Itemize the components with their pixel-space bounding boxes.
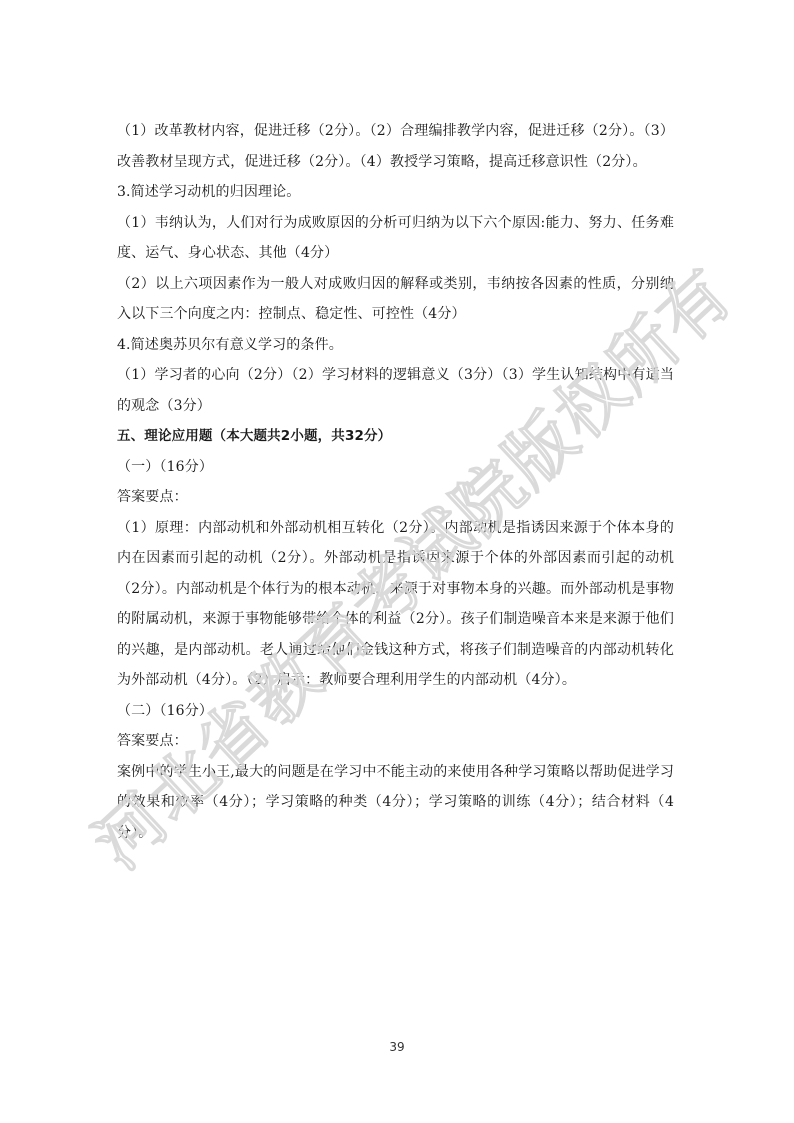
question-3-answer-2: （2）以上六项因素作为一般人对成败归因的解释或类别，韦纳按各因素的性质，分别纳入… bbox=[117, 269, 674, 330]
case-1-answer: （1）原理：内部动机和外部动机相互转化（2分）。内部动机是指诱因来源于个体本身的… bbox=[117, 513, 674, 696]
case-2-answer: 案例中的学生小王,最大的问题是在学习中不能主动的来使用各种学习策略以帮助促进学习… bbox=[117, 757, 674, 849]
case-2-title: （二）（16分） bbox=[117, 696, 674, 727]
answer-transfer-methods: （1）改革教材内容，促进迁移（2分）。（2）合理编排教学内容，促进迁移（2分）。… bbox=[117, 116, 674, 177]
case-2-answer-label: 答案要点： bbox=[117, 726, 674, 757]
page-number: 39 bbox=[0, 1040, 794, 1054]
question-4: 4.简述奥苏贝尔有意义学习的条件。 bbox=[117, 330, 674, 361]
question-4-answer: （1）学习者的心向（2分）（2）学习材料的逻辑意义（3分）（3）学生认知结构中有… bbox=[117, 360, 674, 421]
case-1-answer-label: 答案要点： bbox=[117, 482, 674, 513]
section-5-heading: 五、理论应用题（本大题共2小题，共32分） bbox=[117, 421, 674, 452]
case-1-title: （一）（16分） bbox=[117, 452, 674, 483]
page-content: （1）改革教材内容，促进迁移（2分）。（2）合理编排教学内容，促进迁移（2分）。… bbox=[117, 118, 674, 848]
question-3-answer-1: （1）韦纳认为，人们对行为成败原因的分析可归纳为以下六个原因:能力、努力、任务难… bbox=[117, 208, 674, 269]
document-page: 河北省教育考试院版权所有 （1）改革教材内容，促进迁移（2分）。（2）合理编排教… bbox=[0, 0, 794, 1123]
question-3: 3.简述学习动机的归因理论。 bbox=[117, 177, 674, 208]
